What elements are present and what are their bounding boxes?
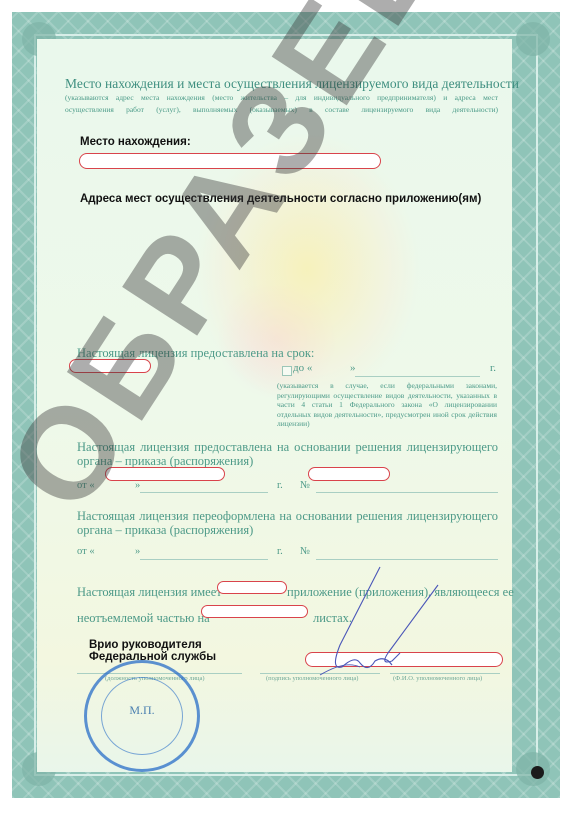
reissued-number-label: № (300, 546, 310, 557)
seal-label: М.П. (87, 703, 197, 718)
location-label: Место нахождения: (80, 136, 191, 148)
reissued-line1: Настоящая лицензия переоформлена на осно… (77, 509, 498, 524)
reissued-number-line (316, 559, 498, 560)
location-field-redacted (79, 153, 381, 169)
reissued-from-close: » (135, 546, 140, 557)
reissued-year-suffix: г. (277, 546, 283, 557)
appendix-part1: Настоящая лицензия имеет (77, 585, 222, 600)
address-note-line1: (указываются адрес места нахождения (мес… (65, 93, 498, 103)
term-checkbox[interactable] (282, 366, 292, 376)
appendix-part3: неотъемлемой частью на (77, 611, 210, 626)
handwritten-signature-icon (300, 565, 450, 685)
granted-date-line (140, 492, 268, 493)
reissued-line2: органа – приказа (распоряжения) (77, 523, 253, 538)
term-note: (указывается в случае, если федеральными… (277, 381, 497, 429)
address-note-line2: осуществления работ (услуг), выполняемых… (65, 105, 498, 115)
granted-line1: Настоящая лицензия предоставлена на осно… (77, 440, 498, 455)
address-section-title: Место нахождения и места осуществления л… (65, 76, 498, 92)
sheet-count-redacted (201, 605, 308, 618)
reissued-from-label: от « (77, 546, 95, 557)
until-date-line (355, 376, 480, 377)
official-position-line1: Врио руководителя (89, 639, 202, 651)
until-label: до « (293, 362, 312, 374)
granted-year-suffix: г. (277, 480, 283, 491)
reissued-date-line (140, 559, 268, 560)
granted-date-redacted (105, 467, 225, 481)
granted-from-close: » (135, 480, 140, 491)
official-seal: М.П. (84, 660, 200, 772)
granted-number-label: № (300, 480, 310, 491)
appendix-count-redacted (217, 581, 287, 594)
activity-addresses-label: Адреса мест осуществления деятельности с… (80, 193, 481, 205)
until-close-quote: » (350, 362, 356, 374)
until-year-suffix: г. (490, 362, 496, 374)
punch-hole (531, 766, 544, 779)
term-field-redacted (69, 359, 151, 373)
granted-number-line (316, 492, 498, 493)
granted-number-redacted (308, 467, 390, 481)
corner-ornament-icon (516, 22, 550, 56)
granted-from-label: от « (77, 480, 95, 491)
